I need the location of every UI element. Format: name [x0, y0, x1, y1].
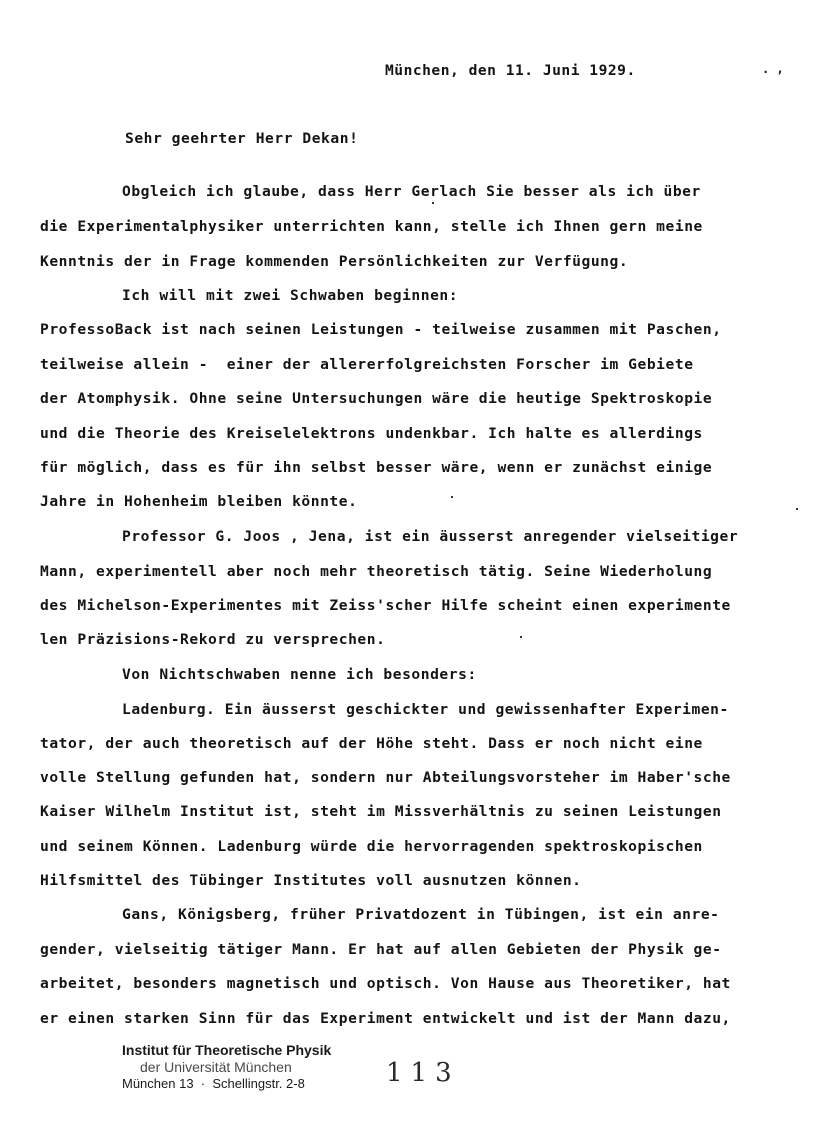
- stamp-institute: Institut für Theoretische Physik: [122, 1042, 331, 1058]
- letter-line: er einen starken Sinn für das Experiment…: [40, 1010, 731, 1028]
- stamp-address: München 13 · Schellingstr. 2-8: [122, 1076, 305, 1092]
- letter-line: gender, vielseitig tätiger Mann. Er hat …: [40, 941, 722, 959]
- salutation: Sehr geehrter Herr Dekan!: [125, 130, 358, 148]
- letter-line: tator, der auch theoretisch auf der Höhe…: [40, 735, 703, 753]
- dateline: München, den 11. Juni 1929.: [385, 62, 636, 79]
- letter-line: der Atomphysik. Ohne seine Untersuchunge…: [40, 390, 712, 408]
- letter-line: len Präzisions-Rekord zu versprechen.: [40, 631, 385, 649]
- letter-line: Jahre in Hohenheim bleiben könnte.: [40, 493, 357, 511]
- letter-line: und seinem Können. Ladenburg würde die h…: [40, 838, 703, 856]
- scan-speck: [796, 508, 798, 510]
- margin-mark: . ,: [762, 62, 784, 76]
- letter-line: Von Nichtschwaben nenne ich besonders:: [122, 666, 477, 684]
- letter-line: ProfessoBack ist nach seinen Leistungen …: [40, 321, 722, 339]
- scan-speck: [451, 496, 453, 498]
- letter-line: Gans, Königsberg, früher Privatdozent in…: [122, 906, 720, 924]
- archive-page-number: 113: [386, 1058, 460, 1088]
- letter-line: Ich will mit zwei Schwaben beginnen:: [122, 287, 458, 305]
- letter-line: volle Stellung gefunden hat, sondern nur…: [40, 769, 731, 787]
- stamp-university: der Universität München: [140, 1059, 292, 1075]
- letter-page: München, den 11. Juni 1929. . , Sehr gee…: [0, 0, 837, 1132]
- scan-speck: [520, 636, 522, 638]
- letter-line: Hilfsmittel des Tübinger Institutes voll…: [40, 872, 582, 890]
- letter-line: Professor G. Joos , Jena, ist ein äusser…: [122, 528, 738, 546]
- letter-line: für möglich, dass es für ihn selbst bess…: [40, 459, 712, 477]
- letter-line: die Experimentalphysiker unterrichten ka…: [40, 218, 703, 236]
- letter-line: Kaiser Wilhelm Institut ist, steht im Mi…: [40, 803, 722, 821]
- letter-line: und die Theorie des Kreiselelektrons und…: [40, 425, 703, 443]
- letter-line: Obgleich ich glaube, dass Herr Gerlach S…: [122, 183, 701, 201]
- letter-line: Mann, experimentell aber noch mehr theor…: [40, 563, 712, 581]
- scan-speck: [432, 202, 434, 204]
- letter-line: arbeitet, besonders magnetisch und optis…: [40, 975, 731, 993]
- letter-line: Ladenburg. Ein äusserst geschickter und …: [122, 701, 729, 719]
- letter-line: des Michelson-Experimentes mit Zeiss'sch…: [40, 597, 731, 615]
- letter-line: Kenntnis der in Frage kommenden Persönli…: [40, 253, 628, 271]
- letter-line: teilweise allein - einer der allererfolg…: [40, 356, 694, 374]
